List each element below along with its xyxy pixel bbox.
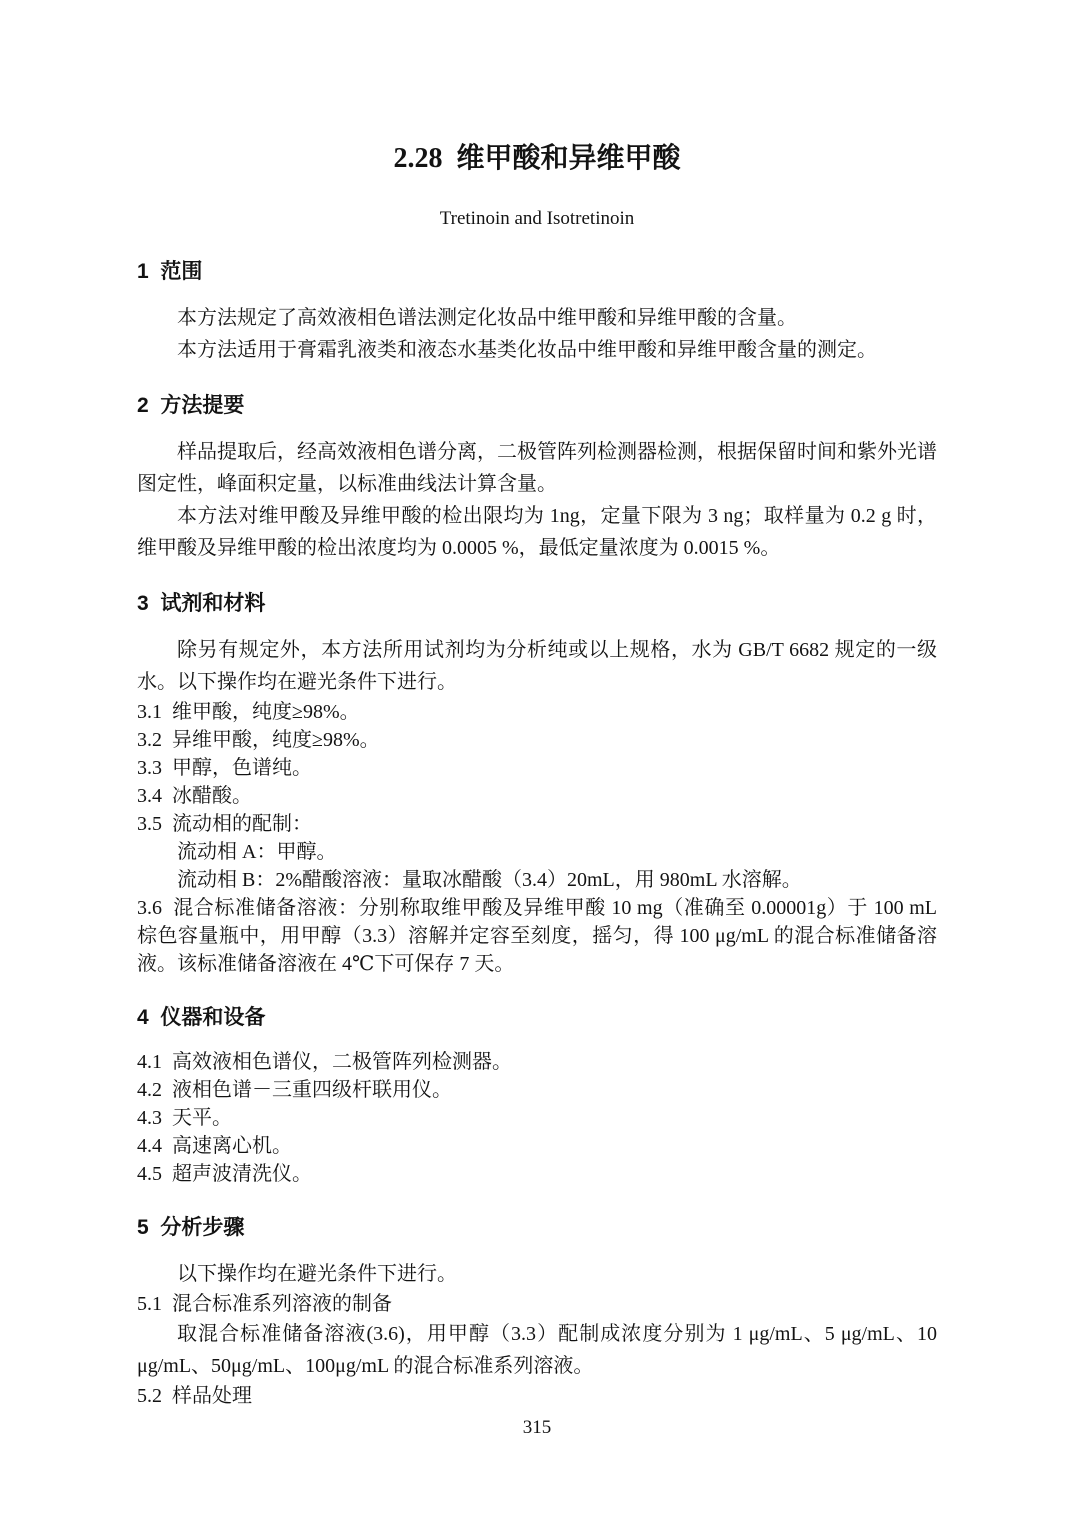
clause-5-1: 5.1 混合标准系列溶液的制备 <box>137 1290 937 1318</box>
paragraph: 除另有规定外，本方法所用试剂均为分析纯或以上规格，水为 GB/T 6682 规定… <box>137 634 937 698</box>
page-number: 315 <box>0 1416 1074 1440</box>
page-subtitle: Tretinoin and Isotretinoin <box>137 206 937 232</box>
paragraph: 本方法适用于膏霜乳液类和液态水基类化妆品中维甲酸和异维甲酸含量的测定。 <box>137 334 937 366</box>
clause-4-2: 4.2 液相色谱－三重四级杆联用仪。 <box>137 1076 937 1104</box>
page-title: 2.28 维甲酸和异维甲酸 <box>137 140 937 178</box>
clause-4-3: 4.3 天平。 <box>137 1104 937 1132</box>
paragraph: 本方法对维甲酸及异维甲酸的检出限均为 1ng，定量下限为 3 ng；取样量为 0… <box>137 500 937 564</box>
paragraph: 样品提取后，经高效液相色谱分离，二极管阵列检测器检测，根据保留时间和紫外光谱图定… <box>137 436 937 500</box>
heading-scope: 1 范围 <box>137 258 937 286</box>
document-content: 2.28 维甲酸和异维甲酸 Tretinoin and Isotretinoin… <box>137 140 937 1410</box>
clause-3-5: 3.5 流动相的配制： <box>137 810 937 838</box>
paragraph: 本方法规定了高效液相色谱法测定化妆品中维甲酸和异维甲酸的含量。 <box>137 302 937 334</box>
clause-3-3: 3.3 甲醇，色谱纯。 <box>137 754 937 782</box>
clause-3-6: 3.6 混合标准储备溶液：分别称取维甲酸及异维甲酸 10 mg（准确至 0.00… <box>137 894 937 978</box>
clause-4-4: 4.4 高速离心机。 <box>137 1132 937 1160</box>
heading-method-summary: 2 方法提要 <box>137 392 937 420</box>
clause-3-1: 3.1 维甲酸，纯度≥98%。 <box>137 698 937 726</box>
paragraph: 以下操作均在避光条件下进行。 <box>137 1258 937 1290</box>
document-page: 2.28 维甲酸和异维甲酸 Tretinoin and Isotretinoin… <box>0 0 1074 1520</box>
heading-analysis-procedure: 5 分析步骤 <box>137 1214 937 1242</box>
heading-reagents-materials: 3 试剂和材料 <box>137 590 937 618</box>
mobile-phase-b: 流动相 B：2%醋酸溶液：量取冰醋酸（3.4）20mL，用 980mL 水溶解。 <box>177 866 937 894</box>
clause-3-4: 3.4 冰醋酸。 <box>137 782 937 810</box>
heading-instruments-equipment: 4 仪器和设备 <box>137 1004 937 1032</box>
clause-4-1: 4.1 高效液相色谱仪，二极管阵列检测器。 <box>137 1048 937 1076</box>
mobile-phase-a: 流动相 A：甲醇。 <box>177 838 937 866</box>
clause-3-2: 3.2 异维甲酸，纯度≥98%。 <box>137 726 937 754</box>
clause-4-5: 4.5 超声波清洗仪。 <box>137 1160 937 1188</box>
clause-5-2: 5.2 样品处理 <box>137 1382 937 1410</box>
paragraph: 取混合标准储备溶液(3.6)，用甲醇（3.3）配制成浓度分别为 1 μg/mL、… <box>137 1318 937 1382</box>
